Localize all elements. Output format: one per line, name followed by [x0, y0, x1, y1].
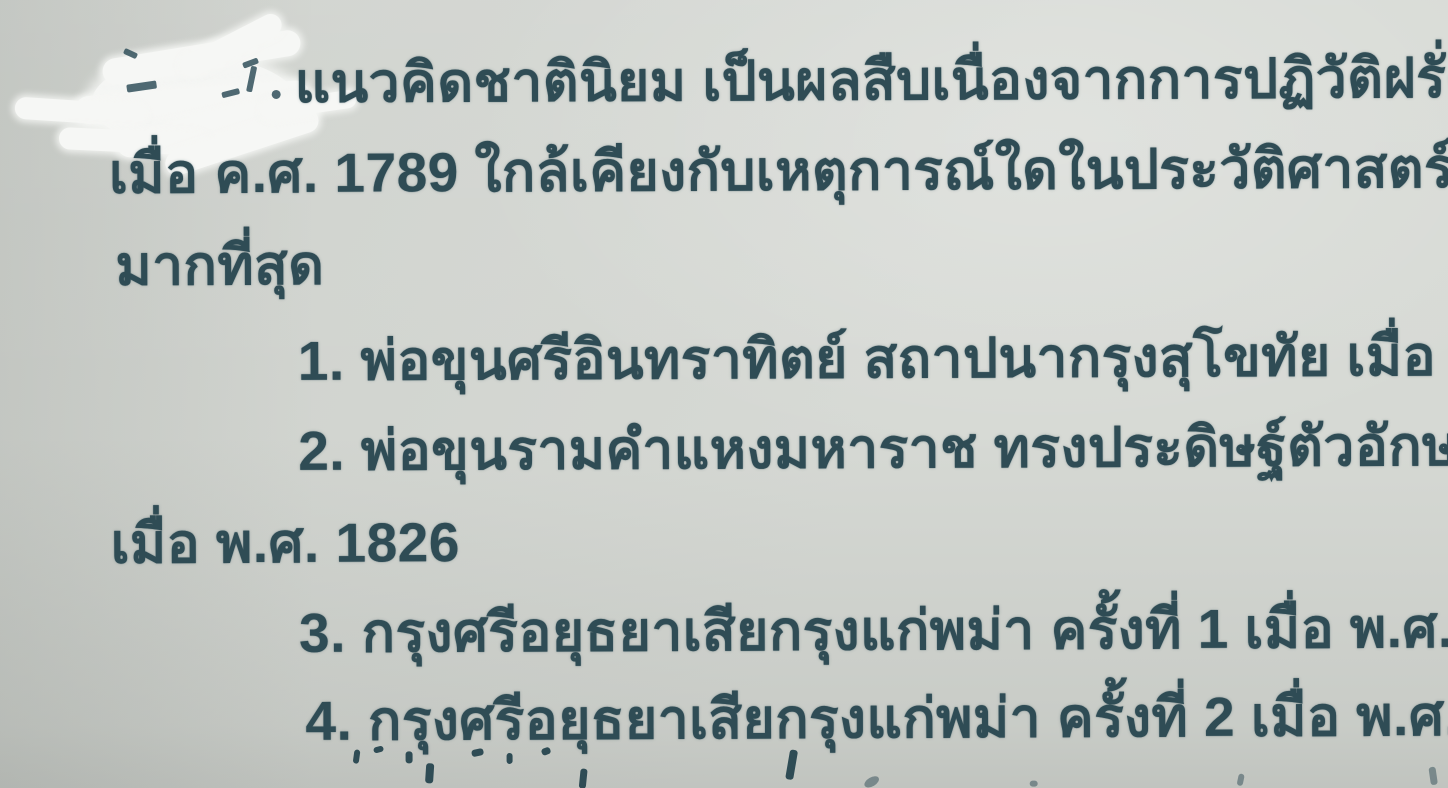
- question-text-line-1: แนวคิดชาตินิยม เป็นผลสืบเนื่องจากการปฏิว…: [294, 36, 1448, 124]
- choice-1: 1. พ่อขุนศรีอินทราทิตย์ สถาปนากรุงสุโขทั…: [298, 314, 1448, 403]
- choice-2-line-2: เมื่อ พ.ศ. 1826: [110, 501, 460, 585]
- printed-text-layer: แนวคิดชาตินิยม เป็นผลสืบเนื่องจากการปฏิว…: [0, 0, 1448, 788]
- cutoff-next-line: [0, 0, 1446, 3]
- exam-paper-photo: แนวคิดชาตินิยม เป็นผลสืบเนื่องจากการปฏิว…: [0, 0, 1448, 788]
- choice-2-line-1: 2. พ่อขุนรามคำแหงมหาราช ทรงประดิษฐ์ตัวอั…: [298, 404, 1448, 492]
- question-text-line-3: มากที่สุด: [115, 224, 324, 307]
- choice-3: 3. กรุงศรีอยุธยาเสียกรุงแก่พม่า ครั้งที่…: [299, 586, 1448, 674]
- covered-text-remnant: [272, 90, 281, 99]
- question-text-line-2: เมื่อ ค.ศ. 1789 ใกล้เคียงกับเหตุการณ์ใดใ…: [109, 126, 1448, 215]
